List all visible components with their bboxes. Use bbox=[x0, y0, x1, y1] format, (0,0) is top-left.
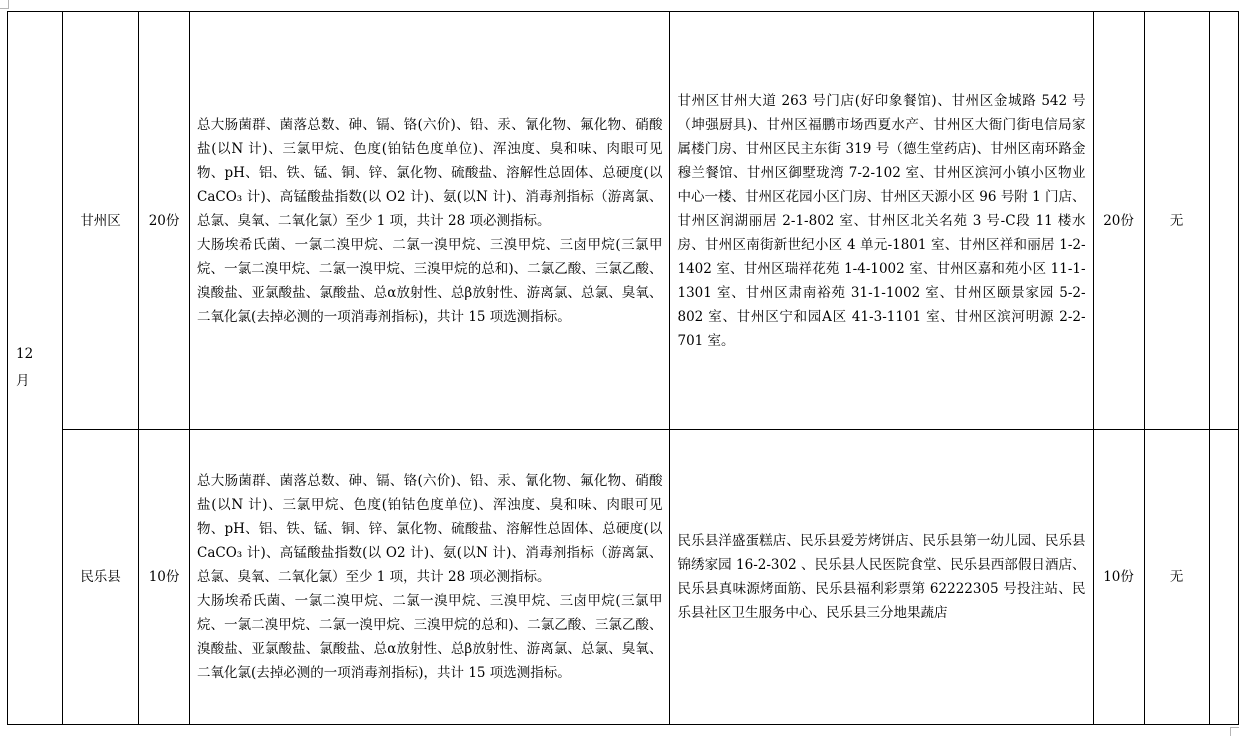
empty-cell bbox=[1209, 12, 1238, 430]
table-row-minle: 民乐县 10份 总大肠菌群、菌落总数、砷、镉、铬(六价)、铅、汞、氰化物、氟化物… bbox=[8, 430, 1239, 725]
sample-count-cell: 20份 bbox=[139, 12, 190, 430]
required-items-text: 总大肠菌群、菌落总数、砷、镉、铬(六价)、铅、汞、氰化物、氟化物、硝酸盐(以N … bbox=[197, 469, 662, 589]
month-number: 12 bbox=[16, 341, 62, 368]
actual-count-cell: 10份 bbox=[1093, 430, 1144, 725]
optional-items-text: 大肠埃希氏菌、一氯二溴甲烷、二氯一溴甲烷、三溴甲烷、三卤甲烷(三氯甲烷、一氯二溴… bbox=[197, 589, 662, 685]
note-cell: 无 bbox=[1144, 430, 1209, 725]
month-cell: 12 月 bbox=[8, 12, 63, 725]
page-corner-marker-top-left bbox=[0, 0, 9, 9]
optional-items-text: 大肠埃希氏菌、一氯二溴甲烷、二氯一溴甲烷、三溴甲烷、三卤甲烷(三氯甲烷、一氯二溴… bbox=[197, 233, 662, 329]
required-items-text: 总大肠菌群、菌落总数、砷、镉、铬(六价)、铅、汞、氰化物、氟化物、硝酸盐(以N … bbox=[197, 113, 662, 233]
table-row-ganzhou: 12 月 甘州区 20份 总大肠菌群、菌落总数、砷、镉、铬(六价)、铅、汞、氰化… bbox=[8, 12, 1239, 430]
area-cell: 民乐县 bbox=[63, 430, 139, 725]
test-items-cell: 总大肠菌群、菌落总数、砷、镉、铬(六价)、铅、汞、氰化物、氟化物、硝酸盐(以N … bbox=[190, 12, 670, 430]
month-unit: 月 bbox=[16, 368, 62, 395]
sampling-sites-cell: 民乐县洋盛蛋糕店、民乐县爱芳烤饼店、民乐县第一幼儿园、民乐县锦绣家园 16-2-… bbox=[670, 430, 1093, 725]
area-cell: 甘州区 bbox=[63, 12, 139, 430]
page-corner-marker-bottom-right bbox=[1230, 727, 1239, 736]
empty-cell bbox=[1209, 430, 1238, 725]
sampling-table: 12 月 甘州区 20份 总大肠菌群、菌落总数、砷、镉、铬(六价)、铅、汞、氰化… bbox=[7, 11, 1239, 725]
sample-count-cell: 10份 bbox=[139, 430, 190, 725]
actual-count-cell: 20份 bbox=[1093, 12, 1144, 430]
test-items-cell: 总大肠菌群、菌落总数、砷、镉、铬(六价)、铅、汞、氰化物、氟化物、硝酸盐(以N … bbox=[190, 430, 670, 725]
note-cell: 无 bbox=[1144, 12, 1209, 430]
sampling-sites-cell: 甘州区甘州大道 263 号门店(好印象餐馆)、甘州区金城路 542 号（坤强厨具… bbox=[670, 12, 1093, 430]
